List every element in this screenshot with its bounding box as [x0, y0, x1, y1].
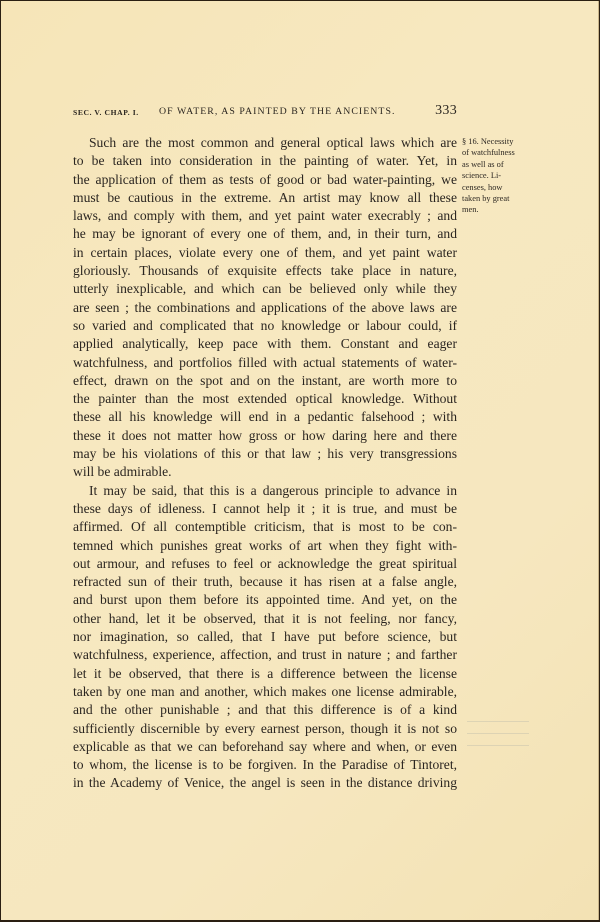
margin-note-line: of watchfulness: [462, 147, 536, 158]
text-line: these all his knowledge will end in a pe…: [73, 408, 457, 426]
text-line: temned which punishes great works of art…: [73, 537, 457, 555]
text-line: and the other punishable ; and that this…: [73, 701, 457, 719]
text-line: sufficiently discernible by every earnes…: [73, 720, 457, 738]
text-line: out armour, and refuses to feel or ackno…: [73, 555, 457, 573]
marginal-note: § 16. Necessity of watchfulness as well …: [462, 136, 536, 216]
text-line: laws, and comply with them, and yet pain…: [73, 207, 457, 225]
text-line: nor imagination, so called, that I have …: [73, 628, 457, 646]
running-title: Of Water, as Painted by the Ancients.: [159, 106, 395, 117]
margin-note-line: men.: [462, 204, 536, 215]
text-line: refracted sun of their truth, because it…: [73, 573, 457, 591]
text-line: will be admirable.: [73, 463, 457, 481]
margin-note-line: § 16. Necessity: [462, 136, 536, 147]
text-line: utterly inexplicable, and which can be b…: [73, 280, 457, 298]
text-line: so varied and complicated that no knowle…: [73, 317, 457, 335]
text-line: to whom, the license is to be forgiven. …: [73, 756, 457, 774]
text-line: are seen ; the combinations and applicat…: [73, 299, 457, 317]
text-line: effect, drawn on the spot and on the ins…: [73, 372, 457, 390]
text-line: watchfulness, experience, affection, and…: [73, 646, 457, 664]
text-line: gloriously. Thousands of exquisite effec…: [73, 262, 457, 280]
text-line: the painter than the most extended optic…: [73, 390, 457, 408]
text-line: let it be observed, that there is a diff…: [73, 665, 457, 683]
text-line: may be his violations of this or that la…: [73, 445, 457, 463]
text-line: to be taken into consideration in the pa…: [73, 152, 457, 170]
text-line: explicable as that we can beforehand say…: [73, 738, 457, 756]
text-line: It may be said, that this is a dangerous…: [73, 482, 457, 500]
text-line: watchfulness, and portfolios filled with…: [73, 354, 457, 372]
faint-line: [467, 733, 529, 734]
text-line: the application of them as tests of good…: [73, 171, 457, 189]
paragraph-2: It may be said, that this is a dangerous…: [73, 482, 457, 793]
text-line: applied analytically, keep pace with the…: [73, 335, 457, 353]
section-chapter-label: Sec. V. Chap. I.: [73, 108, 139, 117]
faint-line: [467, 745, 529, 746]
text-line: must be cautious in the extreme. An arti…: [73, 189, 457, 207]
margin-note-line: as well as of: [462, 159, 536, 170]
text-line: taken by one man and another, which make…: [73, 683, 457, 701]
text-line: other hand, let it be observed, that it …: [73, 610, 457, 628]
text-line: he may be ignorant of every one of them,…: [73, 225, 457, 243]
text-line: these it does not matter how gross or ho…: [73, 427, 457, 445]
margin-note-line: science. Li-: [462, 170, 536, 181]
text-line: affirmed. Of all contemptible criticism,…: [73, 518, 457, 536]
text-line: and burst upon them before its appointed…: [73, 591, 457, 609]
show-through-ink-mark: [467, 721, 529, 757]
body-text: Such are the most common and general opt…: [73, 134, 457, 793]
text-line: in the Academy of Venice, the angel is s…: [73, 774, 457, 792]
text-line: Such are the most common and general opt…: [73, 134, 457, 152]
margin-note-line: censes, how: [462, 182, 536, 193]
text-line: these days of idleness. I cannot help it…: [73, 500, 457, 518]
page-number: 333: [435, 103, 457, 119]
running-head: Sec. V. Chap. I. Of Water, as Painted by…: [73, 105, 457, 123]
paragraph-1: Such are the most common and general opt…: [73, 134, 457, 482]
margin-note-line: taken by great: [462, 193, 536, 204]
book-page: Sec. V. Chap. I. Of Water, as Painted by…: [1, 1, 599, 920]
text-line: in certain places, violate every one of …: [73, 244, 457, 262]
faint-line: [467, 721, 529, 722]
